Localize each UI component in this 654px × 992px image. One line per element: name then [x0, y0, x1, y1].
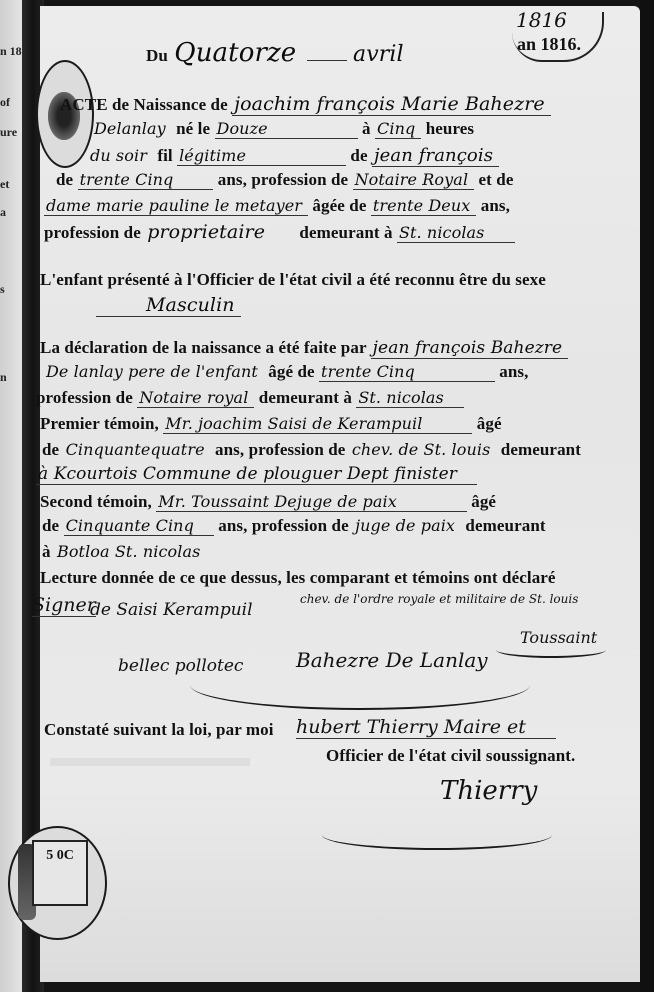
margin-fragment: ure — [0, 125, 17, 140]
child-name: joachim françois Marie Bahezre — [232, 93, 551, 116]
margin-fragment: n 18 — [0, 44, 22, 59]
signature-thierry: Thierry — [440, 776, 537, 806]
sex-value: Masculin — [96, 294, 241, 317]
mother-line: dame marie pauline le metayer âgée de tr… — [44, 196, 510, 216]
margin-fragment: n — [0, 370, 7, 385]
profession-label: ans, profession de — [218, 170, 348, 189]
witness1-age-line: de Cinquantequatre ans, profession de ch… — [42, 440, 581, 460]
ans-label: ans, — [481, 196, 510, 215]
demeurant-label: demeurant — [465, 516, 545, 535]
declarant-age: trente Cinq — [319, 362, 495, 382]
demeurant-label: demeurant à — [299, 223, 392, 242]
scan-edge — [640, 0, 654, 992]
de-label: de — [42, 516, 59, 535]
date-month: avril — [351, 42, 410, 67]
demeurant-label: demeurant — [501, 440, 581, 459]
time-of-day: du soir — [88, 146, 153, 165]
date-day: Quatorze — [172, 38, 302, 68]
witness2-profession: juge de paix — [353, 516, 461, 535]
sex-statement: L'enfant présenté à l'Officier de l'état… — [40, 270, 546, 290]
declaration-line: La déclaration de la naissance a été fai… — [40, 338, 568, 358]
date-header: Du Quatorze avril — [146, 38, 410, 68]
witness1-line: Premier témoin, Mr. joachim Saisi de Ker… — [40, 414, 502, 434]
agee-de-label: âgée de — [312, 196, 366, 215]
witness1-residence-line: à Kcourtois Commune de plouguer Dept fin… — [36, 464, 477, 484]
reading-signer: Signer — [32, 594, 96, 617]
declarant-profession: Notaire royal — [137, 388, 254, 408]
ne-le-label: né le — [176, 119, 210, 138]
demeurant-label: demeurant à — [259, 388, 352, 407]
profession-label: ans, profession de — [215, 440, 345, 459]
birth-hour: Cinq — [375, 119, 421, 139]
signature-flourish — [190, 660, 530, 710]
de-label: de — [56, 170, 73, 189]
year-handwritten: 1816 — [516, 8, 567, 32]
witness2-label: Second témoin, — [40, 492, 152, 511]
witness2-line: Second témoin, Mr. Toussaint Dejuge de p… — [40, 492, 496, 512]
signature-saisi-title: chev. de l'ordre royale et militaire de … — [300, 592, 578, 606]
signature-flourish — [496, 642, 606, 658]
acte-label: ACTE de Naissance de — [60, 95, 228, 114]
stamp-value: 5 0C — [32, 840, 88, 906]
mother-profession: proprietaire — [145, 221, 295, 243]
declaration-statement: La déclaration de la naissance a été fai… — [40, 338, 366, 357]
legitimacy-line: du soir fil légitime de jean françois — [88, 145, 499, 166]
et-de-label: et de — [479, 170, 514, 189]
residence: St. nicolas — [397, 223, 515, 243]
declarant-age-line: De lanlay pere de l'enfant âgé de trente… — [44, 362, 528, 382]
profession-label: profession de — [36, 388, 133, 407]
witness1-name: Mr. joachim Saisi de Kerampuil — [163, 414, 472, 434]
fils-label: fil — [157, 146, 172, 165]
legitimacy: légitime — [177, 146, 346, 166]
declarant-name: jean françois Bahezre — [371, 338, 569, 359]
tax-stamp: 5 0C — [8, 826, 107, 940]
witness2-age: Cinquante Cinq — [64, 516, 214, 536]
margin-fragment: of — [0, 95, 10, 110]
declarant-name-cont: De lanlay pere de l'enfant — [44, 362, 264, 381]
constate-label: Constaté suivant la loi, par moi — [44, 720, 274, 739]
heures-label: heures — [426, 119, 474, 138]
sex-line: Masculin — [96, 294, 241, 316]
year-printed: an 1816. — [517, 34, 581, 55]
margin-fragment: et — [0, 177, 9, 192]
profession-label: ans, profession de — [218, 516, 348, 535]
a-label: à — [42, 542, 51, 561]
father-age: trente Cinq — [78, 170, 214, 190]
declarant-profession-line: profession de Notaire royal demeurant à … — [36, 388, 464, 408]
mother-age: trente Deux — [371, 196, 477, 216]
witness1-profession: chev. de St. louis — [350, 440, 497, 459]
father-profession: Notaire Royal — [353, 170, 475, 190]
mayor-name: hubert Thierry Maire et — [296, 716, 556, 739]
mother-name: dame marie pauline le metayer — [44, 196, 308, 216]
de-label: de — [350, 146, 367, 165]
officer-line: Officier de l'état civil soussignant. — [326, 746, 575, 766]
father-name: jean françois — [372, 145, 499, 167]
reading-statement: Lecture donnée de ce que dessus, les com… — [40, 568, 556, 588]
birth-date-line: Delanlay né le Douze à Cinq heures — [92, 119, 474, 139]
mother-profession-line: profession de proprietaire demeurant à S… — [44, 221, 515, 243]
age-de-label: âgé de — [268, 362, 314, 381]
witness2-residence-line: à Botloa St. nicolas — [42, 542, 206, 562]
witness1-label: Premier témoin, — [40, 414, 159, 433]
witness1-age: Cinquantequatre — [64, 440, 211, 459]
father-line: de trente Cinq ans, profession de Notair… — [56, 170, 514, 190]
signature-saisi: de Saisi Kerampuil — [90, 600, 253, 620]
profession-label: profession de — [44, 223, 141, 242]
a-label: à — [362, 119, 371, 138]
bleed-through-text — [50, 758, 250, 766]
acte-line: ACTE de Naissance de joachim françois Ma… — [60, 93, 551, 115]
age-label: âgé — [471, 492, 496, 511]
constate-line: Constaté suivant la loi, par moi — [44, 720, 274, 740]
de-label: de — [42, 440, 59, 459]
ans-label: ans, — [499, 362, 528, 381]
margin-fragment: s — [0, 282, 5, 297]
witness2-residence: Botloa St. nicolas — [55, 542, 206, 561]
date-prefix: Du — [146, 46, 168, 65]
declarant-residence: St. nicolas — [356, 388, 464, 408]
signature-flourish — [322, 820, 552, 850]
margin-fragment: a — [0, 205, 6, 220]
child-name-cont: Delanlay — [92, 119, 172, 138]
witness2-age-line: de Cinquante Cinq ans, profession de jug… — [42, 516, 546, 536]
witness1-residence: à Kcourtois Commune de plouguer Dept fin… — [36, 464, 477, 485]
witness2-name: Mr. Toussaint Dejuge de paix — [156, 492, 467, 512]
age-label: âgé — [477, 414, 502, 433]
birth-day: Douze — [215, 119, 358, 139]
